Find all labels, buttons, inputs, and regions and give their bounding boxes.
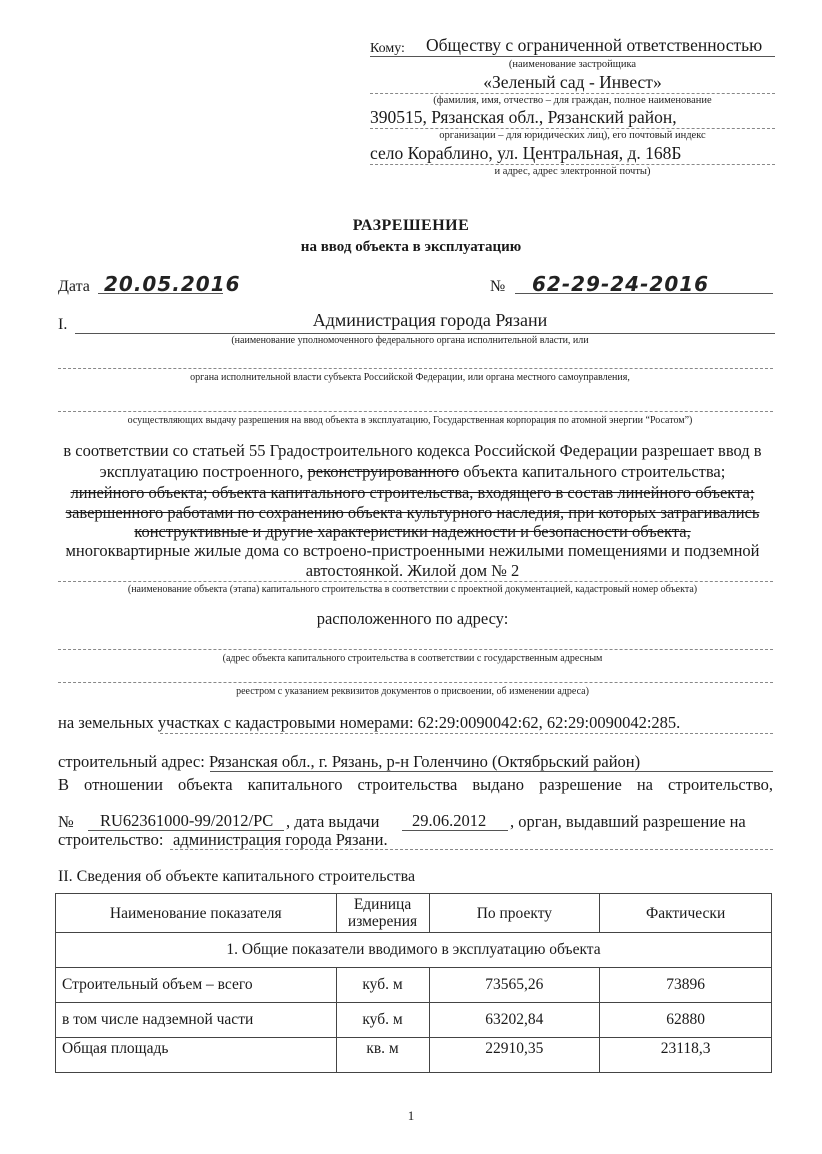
issue-date-underline [402, 830, 508, 831]
building-address-underline [210, 771, 773, 772]
address-hint-1: (адрес объекта капитального строительств… [40, 653, 785, 664]
date-label: Дата [58, 276, 90, 297]
recipient-underline-1 [370, 56, 775, 57]
recipient-hint-3: организации – для юридических лиц), его … [370, 130, 775, 141]
row-project: 63202,84 [429, 1003, 600, 1038]
address-hint-2: реестром с указанием реквизитов документ… [40, 686, 785, 697]
authority-underline-3 [58, 411, 773, 412]
permit-text-line-2: эксплуатацию построенного, реконструиров… [40, 461, 785, 482]
authority-underline [75, 333, 775, 334]
row-unit: куб. м [336, 1003, 429, 1038]
row-actual: 73896 [600, 968, 772, 1003]
recipient-underline-2 [370, 93, 775, 94]
number-label: № [490, 276, 505, 297]
header-indicator-name: Наименование показателя [56, 894, 337, 933]
struck-line-4: завершенного работами по сохранению объе… [40, 502, 785, 523]
issuer-label: , орган, выдавший разрешение на [510, 811, 746, 832]
construction-permit-number: RU62361000-99/2012/PC [100, 810, 273, 831]
row-name: Общая площадь [56, 1038, 337, 1073]
cadastral-underline [160, 733, 773, 734]
header-project: По проекту [429, 894, 600, 933]
object-hint: (наименование объекта (этапа) капитально… [40, 584, 785, 595]
recipient-line-2: «Зеленый сад - Инвест» [370, 72, 775, 93]
row-name: в том числе надземной части [56, 1003, 337, 1038]
row-project: 73565,26 [429, 968, 600, 1003]
recipient-hint-1: (наименование застройщика [370, 59, 775, 70]
date-underline [98, 293, 223, 294]
located-at-label: расположенного по адресу: [40, 608, 785, 629]
authority-hint-2: органа исполнительной власти субъекта Ро… [40, 372, 780, 383]
row-name: Строительный объем – всего [56, 968, 337, 1003]
authority-hint-1: (наименование уполномоченного федерально… [40, 335, 780, 346]
row-actual: 62880 [600, 1003, 772, 1038]
building-address: строительный адрес: Рязанская обл., г. Р… [58, 751, 640, 772]
issuer-prefix: строительство: [58, 829, 163, 850]
table-row: Общая площадь кв. м 22910,35 23118,3 [56, 1038, 772, 1073]
row-project: 22910,35 [429, 1038, 600, 1073]
header-unit-line-1: Единица [337, 896, 429, 913]
section-row-label: 1. Общие показатели вводимого в эксплуат… [56, 933, 772, 968]
address-underline-2 [58, 682, 773, 683]
object-name-line-2: автостоянкой. Жилой дом № 2 [40, 560, 785, 581]
table-row: Строительный объем – всего куб. м 73565,… [56, 968, 772, 1003]
header-unit-line-2: измерения [337, 913, 429, 930]
header-unit: Единица измерения [336, 894, 429, 933]
indicators-table: Наименование показателя Единица измерени… [55, 893, 772, 1073]
header-actual: Фактически [600, 894, 772, 933]
row-unit: куб. м [336, 968, 429, 1003]
recipient-line-4: село Кораблино, ул. Центральная, д. 168Б [370, 143, 681, 164]
object-underline [58, 581, 773, 582]
cadastral-numbers: на земельных участках с кадастровыми ном… [58, 712, 680, 733]
recipient-line-3: 390515, Рязанская обл., Рязанский район, [370, 107, 677, 128]
document-title: РАЗРЕШЕНИЕ [0, 217, 822, 235]
issue-date: 29.06.2012 [412, 810, 486, 831]
object-name-line-1: многоквартирные жилые дома со встроено-п… [40, 540, 785, 561]
issuer-underline [170, 849, 773, 850]
permit-text-line-2-b: объекта капитального строительства; [459, 462, 725, 481]
struck-line-3: линейного объекта; объекта капитального … [40, 482, 785, 503]
authority-hint-3: осуществляющих выдачу разрешения на ввод… [40, 415, 780, 426]
document-subtitle: на ввод объекта в эксплуатацию [0, 239, 822, 256]
table-row: в том числе надземной части куб. м 63202… [56, 1003, 772, 1038]
address-underline-1 [58, 649, 773, 650]
struck-reconstructed: реконструированного [308, 462, 460, 481]
permit-text-line-1: в соответствии со статьей 55 Градостроит… [40, 440, 785, 461]
recipient-hint-4: и адрес, адрес электронной почты) [370, 166, 775, 177]
authority-underline-2 [58, 368, 773, 369]
section-2-heading: II. Сведения об объекте капитального стр… [58, 866, 415, 887]
page-number: 1 [0, 1108, 822, 1124]
permit-text-line-2-a: эксплуатацию построенного, [100, 462, 308, 481]
struck-line-5: конструктивные и другие характеристики н… [40, 521, 785, 542]
row-unit: кв. м [336, 1038, 429, 1073]
recipient-line-1: Обществу с ограниченной ответственностью [426, 35, 762, 56]
permit-reference-line: В отношении объекта капитального строите… [58, 774, 773, 795]
section-1-roman: I. [58, 314, 67, 335]
recipient-hint-2: (фамилия, имя, отчество – для граждан, п… [370, 95, 775, 106]
row-actual: 23118,3 [600, 1038, 772, 1073]
table-section-row: 1. Общие показатели вводимого в эксплуат… [56, 933, 772, 968]
recipient-underline-4 [370, 164, 775, 165]
recipient-underline-3 [370, 128, 775, 129]
issuer-name: администрация города Рязани. [173, 829, 388, 850]
issuing-authority: Администрация города Рязани [80, 310, 780, 331]
table-header-row: Наименование показателя Единица измерени… [56, 894, 772, 933]
number-underline [515, 293, 773, 294]
